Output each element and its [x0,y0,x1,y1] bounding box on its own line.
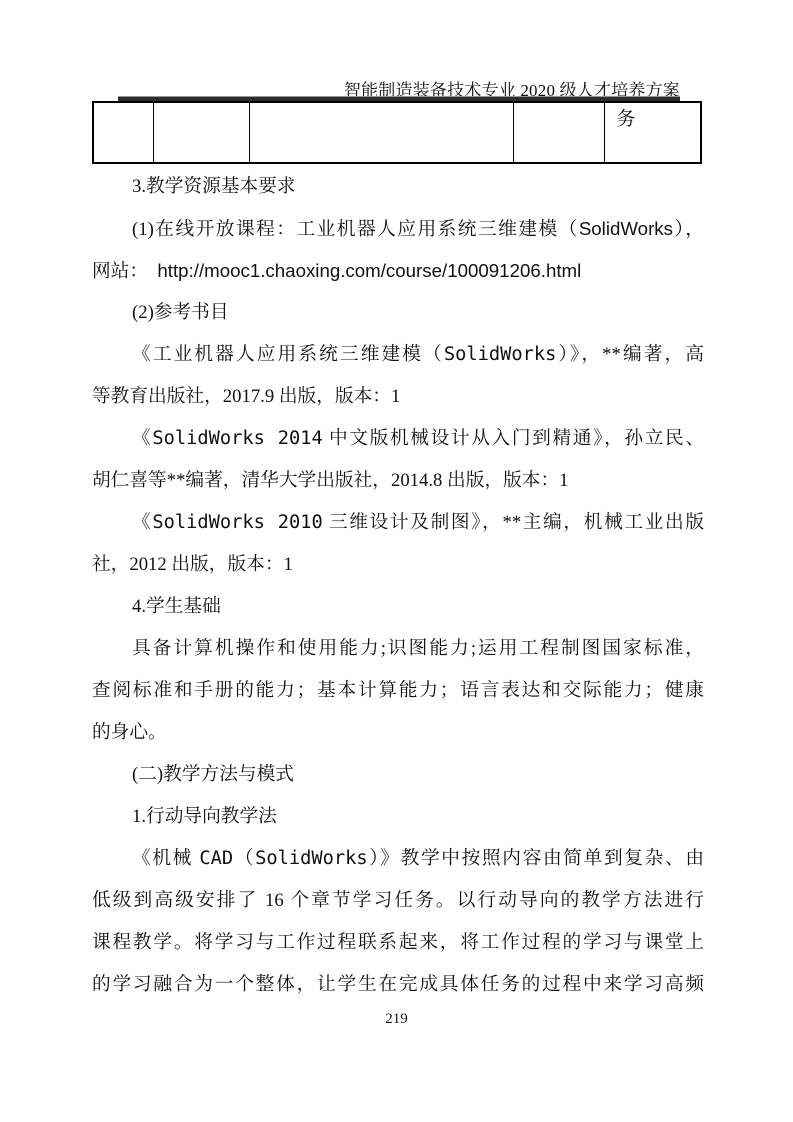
text-segment: (1)在线开放课程：工业机器人应用系统三维建模（ [132,219,579,240]
text-segment: ）》教学中按照内容由简单到复杂、由 [368,848,704,869]
text-line: 《SolidWorks 2010 三维设计及制图》，**主编，机械工业出版 [92,502,704,544]
text-line: 课程教学。将学习与工作过程联系起来，将工作过程的学习与课堂上 [92,922,704,964]
text-segment: 三维设计及制图》，**主编，机械工业出版 [323,512,704,533]
text-line: 《SolidWorks 2014 中文版机械设计从入门到精通》，孙立民、 [92,418,704,460]
text-segment: 4.学生基础 [132,596,221,617]
text-segment: 等教育出版社，2017.9 出版，版本：1 [92,386,400,407]
text-line: 的身心。 [92,712,704,754]
text-segment: SolidWorks [255,848,368,869]
text-segment: 胡仁喜等**编著，清华大学出版社，2014.8 出版，版本：1 [92,470,569,491]
table-cell: 务 [604,102,701,163]
text-segment: 《工业机器人应用系统三维建模（ [132,344,444,365]
text-line: 1.行动导向教学法 [92,796,704,838]
table-cell [93,102,153,163]
text-segment: 的身心。 [92,722,167,743]
text-line: 查阅标准和手册的能力；基本计算能力；语言表达和交际能力；健康 [92,670,704,712]
text-segment: 3.教学资源基本要求 [132,176,296,197]
text-line: 4.学生基础 [92,586,704,628]
text-segment: 中文版机械设计从入门到精通》，孙立民、 [323,428,704,449]
text-segment: 的学习融合为一个整体，让学生在完成具体任务的过程中来学习高频 [92,974,704,995]
text-segment: 社，2012 出版，版本：1 [92,554,293,575]
text-segment: ）》，**编著，高 [556,344,704,365]
text-line: 3.教学资源基本要求 [92,166,704,208]
text-segment: 1.行动导向教学法 [132,806,277,827]
text-segment: （ [233,848,255,869]
text-segment: 低级到高级安排了 16 个章节学习任务。以行动导向的教学方法进行 [92,890,704,911]
content-lines: 3.教学资源基本要求(1)在线开放课程：工业机器人应用系统三维建模（SolidW… [92,166,704,1006]
table-cell [249,102,513,163]
text-line: 低级到高级安排了 16 个章节学习任务。以行动导向的教学方法进行 [92,880,704,922]
text-segment: SolidWorks 2014 [152,428,322,449]
text-segment: (二)教学方法与模式 [132,764,294,785]
text-segment: 《机械 [132,848,199,869]
table-cell [153,102,249,163]
text-line: 等教育出版社，2017.9 出版，版本：1 [92,376,704,418]
text-segment: ）， [673,219,704,240]
text-segment: 《 [132,512,152,533]
text-line: (2)参考书目 [92,292,704,334]
text-line: 《工业机器人应用系统三维建模（SolidWorks）》，**编著，高 [92,334,704,376]
table-fragment: 务 [92,101,702,164]
text-line: (1)在线开放课程：工业机器人应用系统三维建模（SolidWorks）， [92,208,704,250]
text-line: 具备计算机操作和使用能力;识图能力;运用工程制图国家标准， [92,628,704,670]
text-segment: CAD [199,848,233,869]
page-number: 219 [0,1011,793,1028]
text-segment: (2)参考书目 [132,302,229,323]
text-segment: 具备计算机操作和使用能力;识图能力;运用工程制图国家标准， [132,638,704,659]
text-segment: 网站： [92,261,157,282]
text-segment: 查阅标准和手册的能力；基本计算能力；语言表达和交际能力；健康 [92,680,704,701]
text-segment: 《 [132,428,152,449]
table-row: 务 [93,102,701,163]
text-line: 的学习融合为一个整体，让学生在完成具体任务的过程中来学习高频 [92,964,704,1006]
text-segment: SolidWorks [444,344,557,365]
text-line: 社，2012 出版，版本：1 [92,544,704,586]
table-cell [513,102,604,163]
text-line: (二)教学方法与模式 [92,754,704,796]
text-line: 胡仁喜等**编著，清华大学出版社，2014.8 出版，版本：1 [92,460,704,502]
text-segment: SolidWorks [579,218,673,239]
document-page: 智能制造装备技术专业 2020 级人才培养方案 务 3.教学资源基本要求(1)在… [0,0,793,1122]
text-segment: 课程教学。将学习与工作过程联系起来，将工作过程的学习与课堂上 [92,932,704,953]
text-segment: SolidWorks 2010 [152,512,322,533]
text-line: 网站： http://mooc1.chaoxing.com/course/100… [92,250,704,292]
course-url: http://mooc1.chaoxing.com/course/1000912… [157,260,581,281]
text-line: 《机械 CAD（SolidWorks）》教学中按照内容由简单到复杂、由 [92,838,704,880]
